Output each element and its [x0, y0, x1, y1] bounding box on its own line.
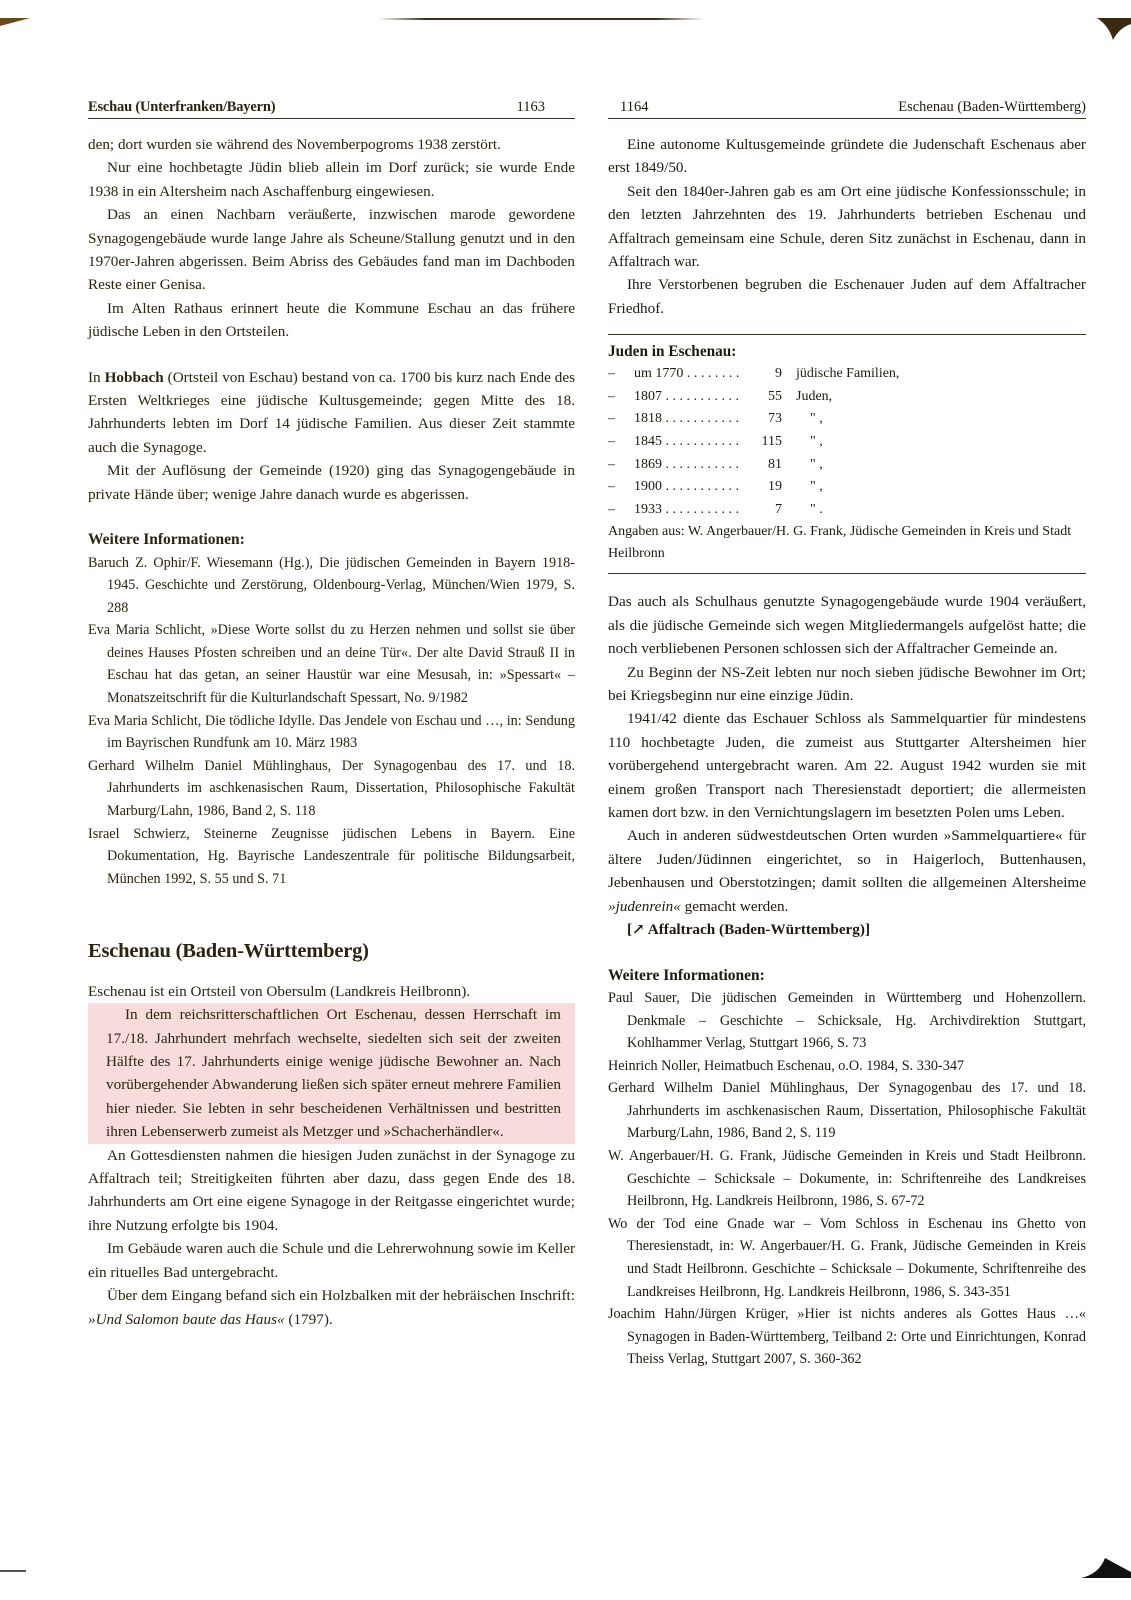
italic-term: »judenrein« [608, 898, 681, 915]
stats-row: –um 17709jüdische Familien, [608, 363, 1086, 386]
reference-item: Gerhard Wilhelm Daniel Mühlinghaus, Der … [608, 1077, 1086, 1145]
reference-item: Baruch Z. Ophir/F. Wiesemann (Hg.), Die … [88, 552, 575, 620]
reference-item: Israel Schwierz, Steinerne Zeugnisse jüd… [88, 823, 575, 891]
reference-item: Eva Maria Schlicht, Die tödliche Idylle.… [88, 710, 575, 755]
stats-row: –19337" . [608, 499, 1086, 522]
reference-item: Joachim Hahn/Jürgen Krüger, »Hier ist ni… [608, 1303, 1086, 1371]
paragraph: Im Alten Rathaus erinnert heute die Komm… [88, 297, 575, 344]
running-head-title: Eschau (Unterfranken/Bayern) [88, 99, 275, 116]
reference-item: Eva Maria Schlicht, »Diese Worte sollst … [88, 619, 575, 709]
left-content: den; dort wurden sie während des Novembe… [88, 133, 575, 1331]
paragraph: Im Gebäude waren auch die Schule und die… [88, 1237, 575, 1284]
paragraph: Seit den 1840er-Jahren gab es am Ort ein… [608, 180, 1086, 274]
right-content: Eine autonome Kultusgemeinde gründete di… [608, 133, 1086, 1371]
right-running-head: 1164 Eschenau (Baden-Württemberg) [608, 90, 1086, 119]
highlighted-paragraph: In dem reichsritterschaftlichen Ort Esch… [88, 1003, 575, 1143]
intro-paragraph: Eschenau ist ein Ortsteil von Obersulm (… [88, 980, 575, 1003]
left-page: Eschau (Unterfranken/Bayern) 1163 den; d… [88, 90, 575, 1331]
reference-list: Baruch Z. Ophir/F. Wiesemann (Hg.), Die … [88, 552, 575, 891]
scan-corner-top-right [1097, 14, 1131, 42]
paragraph: Das an einen Nachbarn veräußerte, inzwis… [88, 203, 575, 297]
right-page: 1164 Eschenau (Baden-Württemberg) Eine a… [608, 90, 1086, 1371]
scan-corner-bottom-left [0, 1568, 30, 1574]
reference-list: Paul Sauer, Die jüdischen Gemeinden in W… [608, 987, 1086, 1371]
paragraph: den; dort wurden sie während des Novembe… [88, 133, 575, 156]
paragraph: Über dem Eingang befand sich ein Holzbal… [88, 1284, 575, 1331]
paragraph: Mit der Auflösung der Gemeinde (1920) gi… [88, 459, 575, 506]
stats-title: Juden in Eschenau: [608, 341, 1086, 363]
stats-row: –186981" , [608, 454, 1086, 477]
reference-item: Gerhard Wilhelm Daniel Mühlinghaus, Der … [88, 755, 575, 823]
scan-corner-bottom-right [1081, 1556, 1131, 1580]
stats-row: –180755Juden, [608, 386, 1086, 409]
inscription-quote: »Und Salomon baute das Haus« [88, 1311, 285, 1328]
running-head-title: Eschenau (Baden-Württemberg) [898, 99, 1086, 116]
paragraph: Ihre Verstorbenen begruben die Eschenaue… [608, 273, 1086, 320]
paragraph: An Gottesdiensten nahmen die hiesigen Ju… [88, 1144, 575, 1238]
reference-item: Heinrich Noller, Heimatbuch Eschenau, o.… [608, 1055, 1086, 1078]
reference-item: Wo der Tod eine Gnade war – Vom Schloss … [608, 1213, 1086, 1303]
page-number: 1164 [620, 99, 648, 116]
reference-item: W. Angerbauer/H. G. Frank, Jüdische Geme… [608, 1145, 1086, 1213]
scan-edge-top [378, 18, 704, 20]
left-running-head: Eschau (Unterfranken/Bayern) 1163 [88, 90, 575, 119]
further-info-heading: Weitere Informationen: [88, 528, 575, 551]
stats-row: –1845115" , [608, 431, 1086, 454]
paragraph: Zu Beginn der NS-Zeit lebten nur noch si… [608, 661, 1086, 708]
scan-corner-top-left [0, 14, 34, 28]
population-stats-box: Juden in Eschenau: –um 17709jüdische Fam… [608, 334, 1086, 574]
stats-row: –181873" , [608, 408, 1086, 431]
paragraph: Nur eine hochbetagte Jüdin blieb allein … [88, 156, 575, 203]
further-info-heading: Weitere Informationen: [608, 964, 1086, 987]
paragraph: 1941/42 diente das Eschauer Schloss als … [608, 707, 1086, 824]
paragraph: Eine autonome Kultusgemeinde gründete di… [608, 133, 1086, 180]
paragraph: Das auch als Schulhaus genutzte Synagoge… [608, 590, 1086, 660]
page-number: 1163 [517, 99, 545, 116]
reference-item: Paul Sauer, Die jüdischen Gemeinden in W… [608, 987, 1086, 1055]
chapter-title: Eschenau (Baden-Württemberg) [88, 940, 575, 963]
stats-source: Angaben aus: W. Angerbauer/H. G. Frank, … [608, 521, 1086, 565]
cross-reference-link[interactable]: [↗ Affaltrach (Baden-Württemberg)] [608, 918, 1086, 941]
hobbach-paragraph: In Hobbach (Ortsteil von Eschau) bestand… [88, 366, 575, 460]
paragraph: Auch in anderen südwestdeutschen Orten w… [608, 824, 1086, 918]
stats-row: –190019" , [608, 476, 1086, 499]
place-name: Hobbach [105, 369, 164, 386]
